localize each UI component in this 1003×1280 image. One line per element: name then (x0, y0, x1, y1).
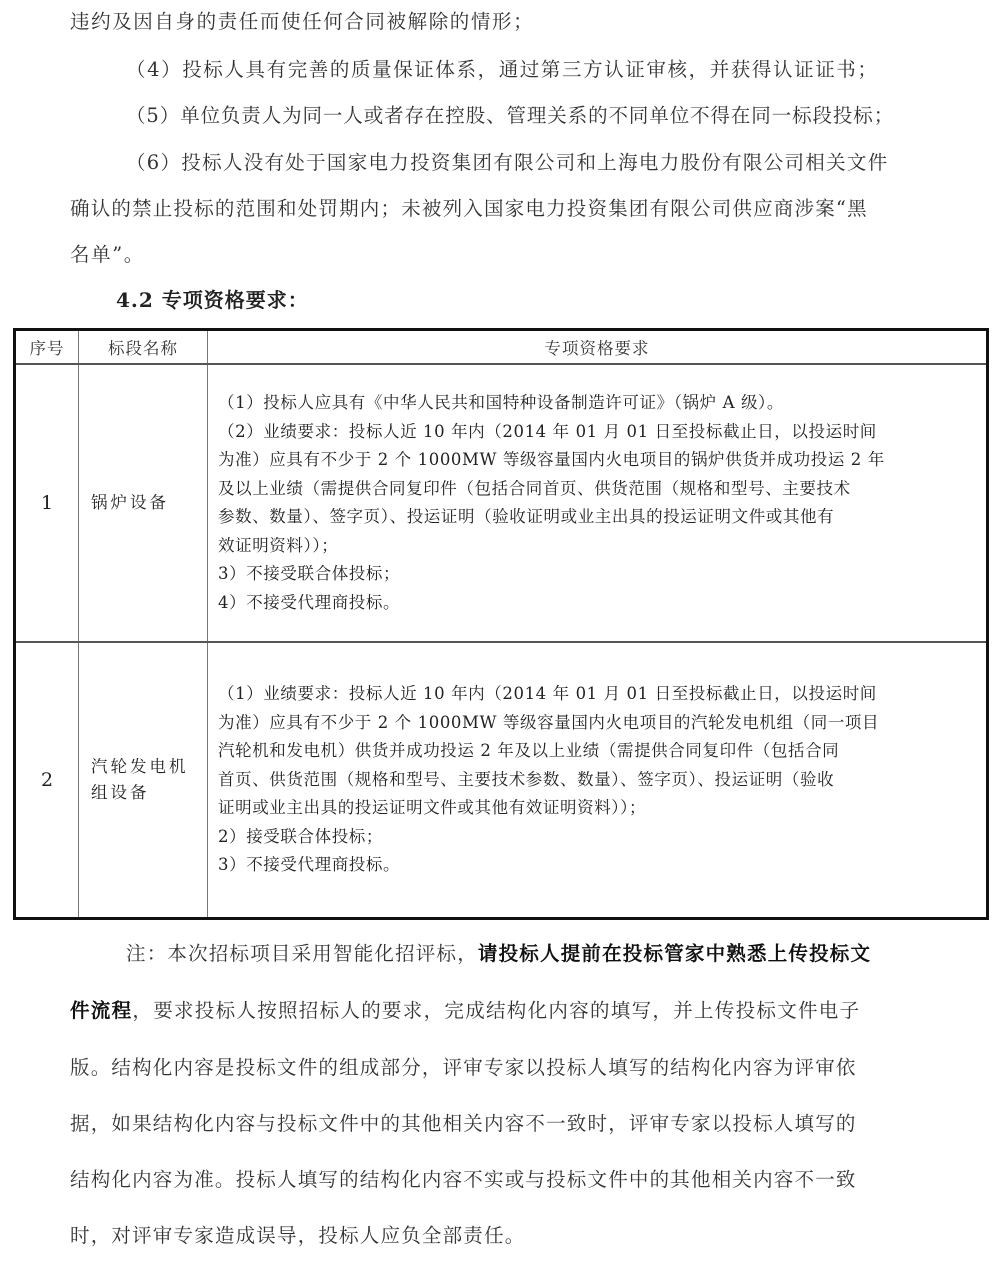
requirement-line: （1）业绩要求：投标人近 10 年内（2014 年 01 月 01 日至投标截止… (218, 680, 976, 709)
note-line-4: 据，如果结构化内容与投标文件中的其他相关内容不一致时，评审专家以投标人填写的 (70, 1108, 940, 1136)
row-seq: 1 (15, 364, 79, 642)
intro-item-6: （6）投标人没有处于国家电力投资集团有限公司和上海电力股份有限公司相关文件 (126, 147, 996, 175)
requirement-line: 为准）应具有不少于 2 个 1000MW 等级容量国内火电项目的锅炉供货并成功投… (218, 446, 976, 475)
requirement-line: 2）接受联合体投标； (218, 823, 976, 852)
row-lot-name: 汽轮发电机 组设备 (79, 642, 208, 919)
requirement-line: 3）不接受联合体投标； (218, 560, 976, 589)
requirement-line: （2）业绩要求：投标人近 10 年内（2014 年 01 月 01 日至投标截止… (218, 418, 976, 447)
requirement-line: 汽轮机和发电机）供货并成功投运 2 年及以上业绩（需提供合同复印件（包括合同 (218, 737, 976, 766)
note-emphasis: 请投标人提前在投标管家中熟悉上传投标文 (478, 942, 871, 965)
header-requirements: 专项资格要求 (208, 330, 988, 365)
requirement-line: 参数、数量）、签字页）、投运证明（验收证明或业主出具的投运证明文件或其他有 (218, 503, 976, 532)
requirement-line: （1）投标人应具有《中华人民共和国特种设备制造许可证》（锅炉 A 级）。 (218, 389, 976, 418)
table-row: 2 汽轮发电机 组设备 （1）业绩要求：投标人近 10 年内（2014 年 01… (15, 642, 988, 919)
row-seq: 2 (15, 642, 79, 919)
note-line-6: 时，对评审专家造成误导，投标人应负全部责任。 (70, 1220, 940, 1248)
section-heading: 4.2 专项资格要求： (116, 284, 309, 313)
header-lot-name: 标段名称 (79, 330, 208, 365)
intro-item-6-cont: 确认的禁止投标的范围和处罚期内；未被列入国家电力投资集团有限公司供应商涉案“黑 (70, 193, 940, 221)
table-header-row: 序号 标段名称 专项资格要求 (15, 330, 988, 365)
requirement-line: 首页、供货范围（规格和型号、主要技术参数、数量）、签字页）、投运证明（验收 (218, 766, 976, 795)
lot-name-line: 汽轮发电机 (91, 754, 207, 780)
note-line-5: 结构化内容为准。投标人填写的结构化内容不实或与投标文件中的其他相关内容不一致 (70, 1164, 940, 1192)
requirement-line: 及以上业绩（需提供合同复印件（包括合同首页、供货范围（规格和型号、主要技术 (218, 475, 976, 504)
intro-line-1: 违约及因自身的责任而使任何合同被解除的情形； (70, 6, 940, 34)
requirement-line: 证明或业主出具的投运证明文件或其他有效证明资料））； (218, 794, 976, 823)
note-line-1: 注：本次招标项目采用智能化招评标，请投标人提前在投标管家中熟悉上传投标文 (126, 938, 996, 966)
requirement-line: 为准）应具有不少于 2 个 1000MW 等级容量国内火电项目的汽轮发电机组（同… (218, 709, 976, 738)
requirements-table: 序号 标段名称 专项资格要求 1 锅炉设备 （1）投标人应具有《中华人民共和国特… (13, 328, 989, 920)
row-requirements: （1）投标人应具有《中华人民共和国特种设备制造许可证》（锅炉 A 级）。 （2）… (208, 364, 988, 642)
requirement-line: 3）不接受代理商投标。 (218, 851, 976, 880)
note-line-2: 件流程，要求投标人按照招标人的要求，完成结构化内容的填写，并上传投标文件电子 (70, 995, 940, 1023)
table-row: 1 锅炉设备 （1）投标人应具有《中华人民共和国特种设备制造许可证》（锅炉 A … (15, 364, 988, 642)
requirement-line: 4）不接受代理商投标。 (218, 589, 976, 618)
lot-name-line: 锅炉设备 (91, 490, 207, 516)
note-text: ，要求投标人按照招标人的要求，完成结构化内容的填写，并上传投标文件电子 (132, 999, 860, 1022)
note-prefix: 注：本次招标项目采用智能化招评标， (126, 942, 478, 965)
header-seq: 序号 (15, 330, 79, 365)
note-line-3: 版。结构化内容是投标文件的组成部分，评审专家以投标人填写的结构化内容为评审依 (70, 1052, 940, 1080)
intro-item-6-end: 名单”。 (70, 239, 940, 267)
row-requirements: （1）业绩要求：投标人近 10 年内（2014 年 01 月 01 日至投标截止… (208, 642, 988, 919)
note-emphasis-end: 件流程 (70, 999, 132, 1022)
row-lot-name: 锅炉设备 (79, 364, 208, 642)
requirement-line: 效证明资料））； (218, 532, 976, 561)
lot-name-line: 组设备 (91, 780, 207, 806)
intro-item-5: （5）单位负责人为同一人或者存在控股、管理关系的不同单位不得在同一标段投标； (126, 100, 996, 128)
intro-item-4: （4）投标人具有完善的质量保证体系，通过第三方认证审核，并获得认证证书； (126, 54, 996, 82)
